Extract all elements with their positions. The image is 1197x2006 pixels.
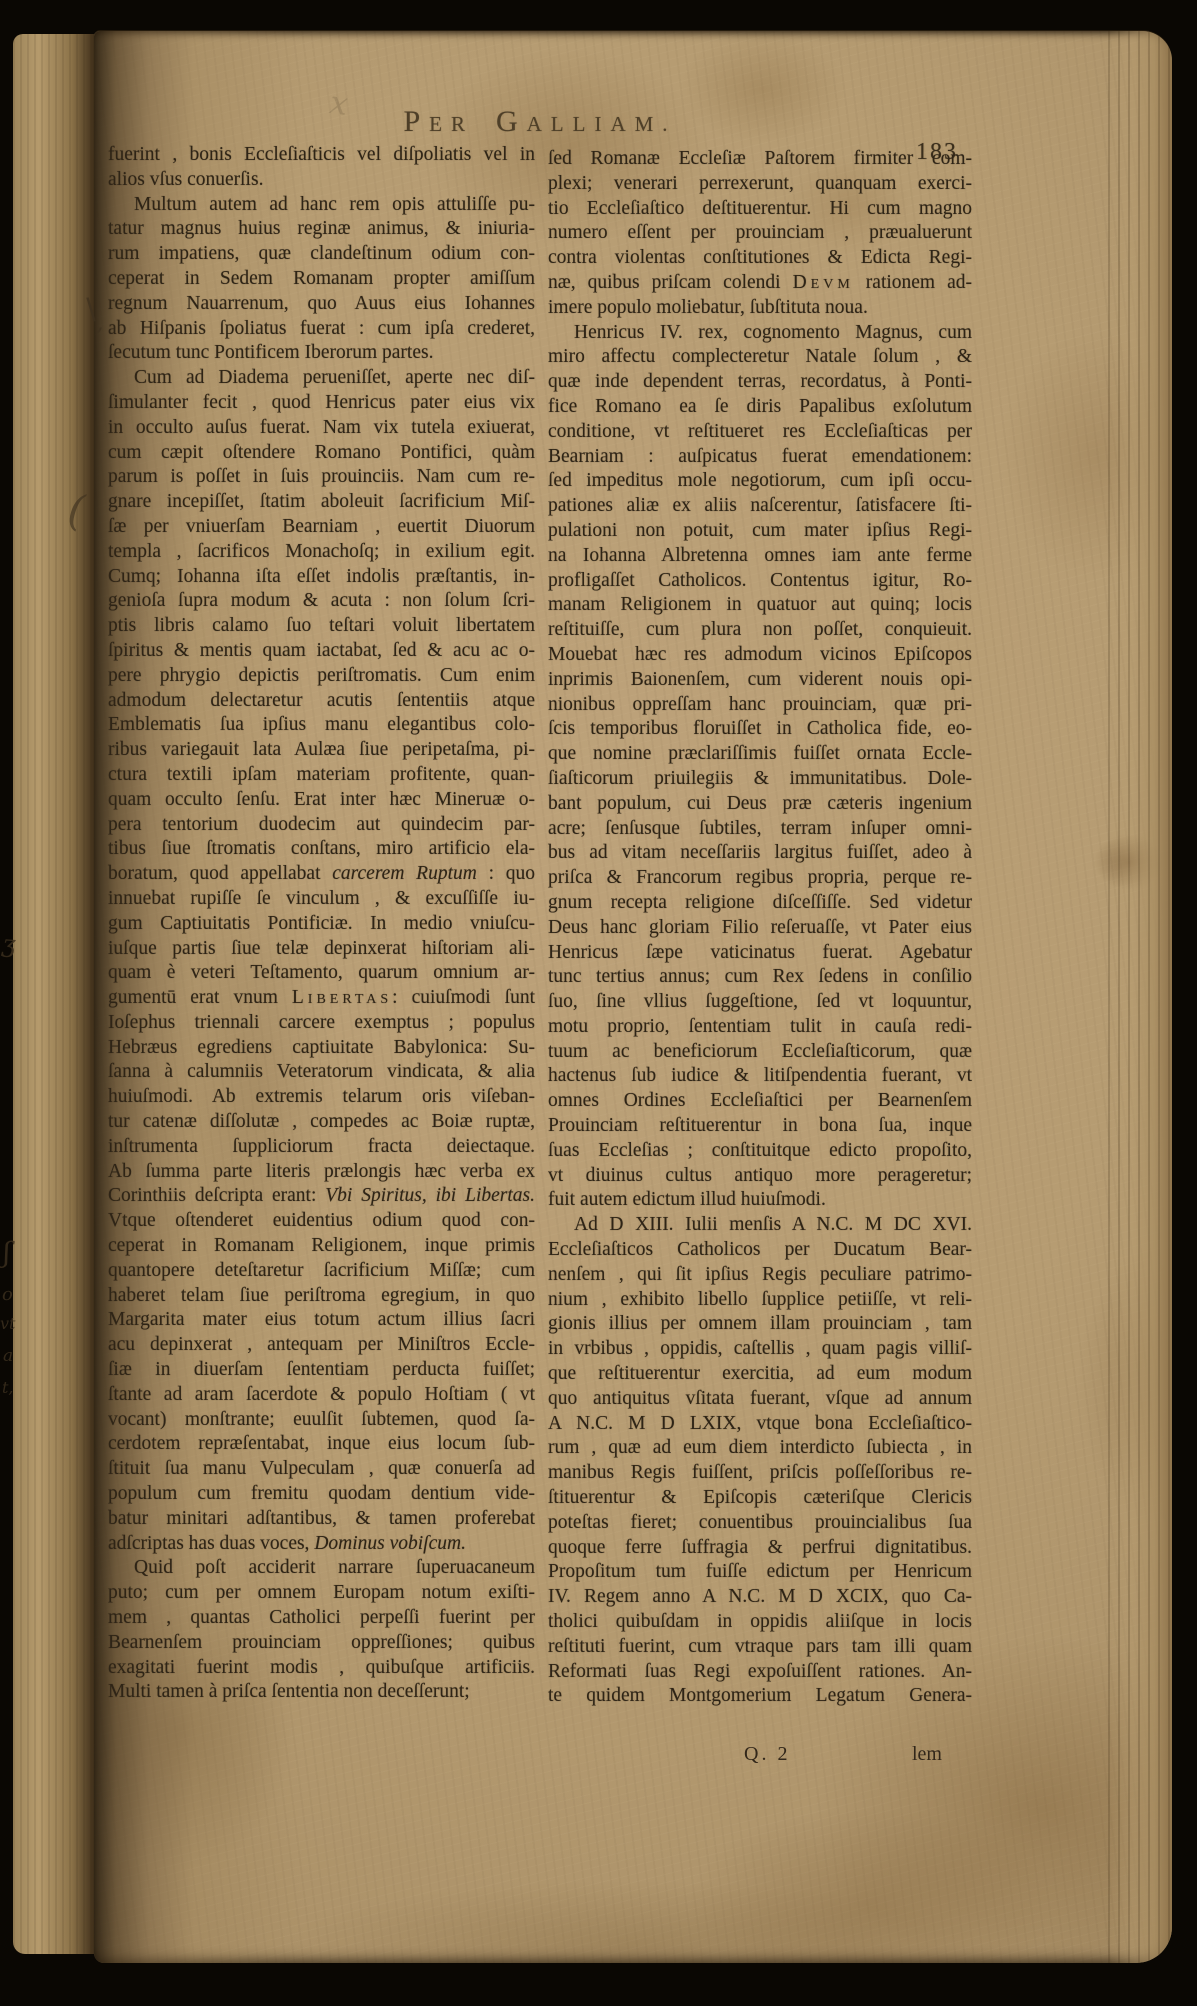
book-page: PERGALLIAM. 183 fuerint , bonis Eccleſia… bbox=[94, 30, 1172, 1963]
text-line: contra violentas conſtitutiones & Edicta… bbox=[548, 246, 972, 271]
signature-mark: Q. 2 bbox=[744, 1743, 790, 1766]
text-line: Propoſitum tum fuiſſe edictum per Henric… bbox=[548, 1560, 972, 1585]
text-line: pera tentorium duodecim aut quindecim pa… bbox=[108, 813, 535, 838]
text-line: plexi; venerari perrexerunt, quanquam ex… bbox=[548, 172, 972, 197]
text-line: tunc tertius annus; cum Rex ſedens in co… bbox=[548, 965, 972, 990]
handwritten-mark: o bbox=[2, 1284, 13, 1305]
text-line: fice Romano ea ſe diris Papalibus exſolu… bbox=[548, 395, 972, 420]
text-line: ſiæ in diuerſam ſententiam perducta fuiſ… bbox=[108, 1358, 535, 1383]
text-line: bus ad vitam neceſſariis largitus fuiſſe… bbox=[548, 841, 972, 866]
text-line: rum impatiens, quæ clandeſtinum odium co… bbox=[108, 242, 535, 267]
text-line: tur catenæ diſſolutæ , compedes ac Boiæ … bbox=[108, 1110, 535, 1135]
text-line: manam Religionem in quatuor aut quinq; l… bbox=[548, 593, 972, 618]
text-line: genioſa ſupra modum & acuta : non ſolum … bbox=[108, 589, 535, 614]
text-line: exagitati fuerint modis , quibuſque arti… bbox=[108, 1656, 535, 1681]
text-line: Cumq; Iohanna iſta eſſet indolis præſtan… bbox=[108, 565, 535, 590]
text-line: vt diuinus cultus antiquo more perageret… bbox=[548, 1164, 972, 1189]
text-column-right: ſed Romanæ Eccleſiæ Paſtorem firmiter co… bbox=[548, 147, 972, 1709]
text-line: ſed impeditus mole negotiorum, cum ipſi … bbox=[548, 469, 972, 494]
text-line: poteſtas fieret; conuentibus prouinciali… bbox=[548, 1511, 972, 1536]
text-line: numero eſſent per prouinciam , præualuer… bbox=[548, 221, 972, 246]
text-line: inprimis Baionenſem, cum viderent nouis … bbox=[548, 668, 972, 693]
text-line: boratum, quod appellabat carcerem Ruptum… bbox=[108, 862, 535, 887]
header-word2-initial: G bbox=[496, 105, 527, 138]
text-line: que reſtituerentur exercitia, ad eum mod… bbox=[548, 1362, 972, 1387]
text-column-left: fuerint , bonis Eccleſiaſticis vel diſpo… bbox=[108, 143, 535, 1705]
text-line: motu proprio, ſententiam tulit in cauſa … bbox=[548, 1015, 972, 1040]
text-line: ſecutum tunc Pontificem Iberorum partes. bbox=[108, 341, 535, 366]
text-line: vocant) monſtrante; euulſit ſubtemen, qu… bbox=[108, 1408, 535, 1433]
text-line: gum Captiuitatis Pontificiæ. In medio vn… bbox=[108, 912, 535, 937]
text-line: admodum delectaretur acutis ſententiis a… bbox=[108, 689, 535, 714]
signature-line: Q. 2 lem bbox=[548, 1743, 972, 1773]
text-line: Henricus IV. rex, cognomento Magnus, cum bbox=[548, 321, 972, 346]
text-line: acre; ſenſusque ſubtiles, terram inſuper… bbox=[548, 817, 972, 842]
handwritten-mark: t, bbox=[2, 1378, 14, 1397]
text-line: ſimulanter fecit , quod Henricus pater e… bbox=[108, 391, 535, 416]
text-line: Eccleſiaſticos Catholicos per Ducatum Be… bbox=[548, 1238, 972, 1263]
text-line: ribus variegauit lata Aulæa ſiue peripet… bbox=[108, 738, 535, 763]
text-line: Bearniam : auſpicatus fuerat emendatione… bbox=[548, 445, 972, 470]
text-line: pere phrygio depictis periſtromatis. Cum… bbox=[108, 664, 535, 689]
text-line: ſtante ad aram ſacerdote & populo Hoſtia… bbox=[108, 1383, 535, 1408]
text-line: in vrbibus , oppidis, caſtellis , quam p… bbox=[548, 1337, 972, 1362]
text-line: fuit autem edictum illud huiuſmodi. bbox=[548, 1188, 972, 1213]
catchword: lem bbox=[912, 1743, 942, 1766]
text-line: ceperat in Romanam Religionem, inque pri… bbox=[108, 1234, 535, 1259]
text-line: ceperat in Sedem Romanam propter amiſſum bbox=[108, 267, 535, 292]
text-line: ſtituit ſua manu Vulpeculam , quæ conuer… bbox=[108, 1457, 535, 1482]
text-line: pationes aliæ ex aliis naſcerentur, ſati… bbox=[548, 494, 972, 519]
text-line: tibus ſiue ſtromatis conſtans, miro arti… bbox=[108, 837, 535, 862]
text-line: Hebræus egrediens captiuitate Babylonica… bbox=[108, 1036, 535, 1061]
text-line: in occulto auſus fuerat. Nam vix tutela … bbox=[108, 416, 535, 441]
text-line: na Iohanna Albretenna omnes iam ante fer… bbox=[548, 544, 972, 569]
text-line: iuſque partis ſiue telæ depinxerat hiſto… bbox=[108, 937, 535, 962]
text-line: Multum autem ad hanc rem opis attuliſſe … bbox=[108, 193, 535, 218]
text-line: cum cæpit oſtendere Romano Pontifici, qu… bbox=[108, 441, 535, 466]
text-line: Mouebat hæc res admodum vicinos Epiſcopo… bbox=[548, 643, 972, 668]
text-line: bant populum, cui Deus præ cæteris ingen… bbox=[548, 792, 972, 817]
text-line: Bearnenſem prouinciam oppreſſiones; quib… bbox=[108, 1631, 535, 1656]
header-word1-initial: P bbox=[403, 105, 429, 138]
text-line: parum is poſſet in ſuis prouinciis. Nam … bbox=[108, 465, 535, 490]
previous-page-edge bbox=[13, 34, 98, 1954]
text-line: puto; cum per omnem Europam notum exiſti… bbox=[108, 1581, 535, 1606]
text-line: Ab ſumma parte literis prælongis hæc ver… bbox=[108, 1160, 535, 1185]
text-line: imere populo moliebatur, ſubſtituta noua… bbox=[548, 296, 972, 321]
text-line: tuum ac beneficiorum Eccleſiaſticorum, q… bbox=[548, 1040, 972, 1065]
text-line: profligaſſet Catholicos. Contentus igitu… bbox=[548, 569, 972, 594]
text-line: Multi tamen à priſca ſententia non deceſ… bbox=[108, 1680, 535, 1705]
text-line: quantopere deteſtaretur ſacrificium Miſſ… bbox=[108, 1259, 535, 1284]
text-line: reſtituti fuerint, cum vtraque pars tam … bbox=[548, 1635, 972, 1660]
text-line: rum , quæ ad eum diem interdicto ſubiect… bbox=[548, 1436, 972, 1461]
text-line: cerdotem repræſentabat, inque eius locum… bbox=[108, 1432, 535, 1457]
text-line: que nomine præclariſſimis fuiſſet ornata… bbox=[548, 742, 972, 767]
text-line: tholici quibuſdam in oppidis aliiſque in… bbox=[548, 1610, 972, 1635]
text-line: ſuas Eccleſias ; conſtituitque edicto pr… bbox=[548, 1139, 972, 1164]
text-line: quam occulto ſenſu. Erat inter hæc Miner… bbox=[108, 788, 535, 813]
text-line: ſiaſticorum priuilegiis & immunitatibus.… bbox=[548, 767, 972, 792]
text-line: IV. Regem anno A N.C. M D XCIX, quo Ca- bbox=[548, 1585, 972, 1610]
text-line: adſcriptas has duas voces, Dominus vobiſ… bbox=[108, 1532, 535, 1557]
text-line: te quidem Montgomerium Legatum Genera- bbox=[548, 1684, 972, 1709]
text-line: Emblematis ſua ipſius manu elegantibus c… bbox=[108, 713, 535, 738]
text-line: tatur magnus huius reginæ animus, & iniu… bbox=[108, 217, 535, 242]
text-line: quo antiquitus vſitata fuerant, vſque ad… bbox=[548, 1387, 972, 1412]
header-word1-rest: ER bbox=[429, 112, 474, 136]
text-line: gumentū erat vnum Libertas: cuiuſmodi ſu… bbox=[108, 986, 535, 1011]
text-line: Vtque oſtenderet euidentius odium quod c… bbox=[108, 1209, 535, 1234]
text-line: ſtituerentur & Epiſcopis cæteriſque Cler… bbox=[548, 1486, 972, 1511]
text-line: nium , exhibito libello ſupplice petiiſſ… bbox=[548, 1288, 972, 1313]
text-line: ſcis temporibus floruiſſet in Catholica … bbox=[548, 717, 972, 742]
text-line: tio Eccleſiaſtico deſtituerentur. Hi cum… bbox=[548, 197, 972, 222]
text-line: Ioſephus triennali carcere exemptus ; po… bbox=[108, 1011, 535, 1036]
text-line: alios vſus conuerſis. bbox=[108, 168, 535, 193]
text-line: acu depinxerat , antequam per Miniſtros … bbox=[108, 1333, 535, 1358]
text-line: gnum recepta religione diſceſſiſſe. Sed … bbox=[548, 891, 972, 916]
text-line: batur minitari adſtantibus, & tamen prof… bbox=[108, 1507, 535, 1532]
text-line: reſtituiſſe, cum plura non poſſet, conqu… bbox=[548, 618, 972, 643]
text-line: pulationi non potuit, cum mater ipſius R… bbox=[548, 519, 972, 544]
text-line: ſæ per vniuerſam Bearniam , euertit Diuo… bbox=[108, 515, 535, 540]
text-line: Cum ad Diadema perueniſſet, aperte nec d… bbox=[108, 366, 535, 391]
text-line: Deus hanc gloriam Filio reſeruaſſe, vt P… bbox=[548, 916, 972, 941]
book-scan: PERGALLIAM. 183 fuerint , bonis Eccleſia… bbox=[0, 0, 1197, 2006]
text-line: ab Hiſpanis ſpoliatus fuerat : cum ipſa … bbox=[108, 317, 535, 342]
text-line: ſuo, ſine vllius ſuggeſtione, ſed vt loq… bbox=[548, 990, 972, 1015]
running-header: PERGALLIAM. bbox=[94, 105, 986, 139]
text-line: conditione, vt reſtitueret res Eccleſiaſ… bbox=[548, 420, 972, 445]
text-line: ſanna à calumniis Veteratorum vindicata,… bbox=[108, 1060, 535, 1085]
text-line: nionibus oppreſſam hanc prouinciam, quæ … bbox=[548, 693, 972, 718]
text-line: regnum Nauarrenum, quo Auus eius Iohanne… bbox=[108, 292, 535, 317]
text-line: Quid poſt acciderit narrare ſuperuacaneu… bbox=[108, 1556, 535, 1581]
text-line: Henricus ſæpe vaticinatus fuerat. Agebat… bbox=[548, 941, 972, 966]
text-line: templa , ſacrificos Monachoſq; in exiliu… bbox=[108, 540, 535, 565]
fore-edge bbox=[1108, 31, 1172, 1963]
text-line: gnare incepiſſet, ſtatim aboleuit ſacrif… bbox=[108, 490, 535, 515]
text-line: Prouinciam reſtituerentur in bona ſua, i… bbox=[548, 1114, 972, 1139]
text-line: Ad D XIII. Iulii menſis A N.C. M DC XVI. bbox=[548, 1213, 972, 1238]
text-line: quam è veteri Teſtamento, quarum omnium … bbox=[108, 961, 535, 986]
text-line: populum cum fremitu quodam dentium vide- bbox=[108, 1482, 535, 1507]
text-line: ctura textili ipſam materiam profitente,… bbox=[108, 763, 535, 788]
text-line: priſca & Francorum regibus propria, perq… bbox=[548, 866, 972, 891]
text-line: miro affectu complecteretur Natale ſolum… bbox=[548, 345, 972, 370]
text-line: ptis libris calamo ſuo teſtari voluit li… bbox=[108, 614, 535, 639]
text-line: manibus Regis fuiſſent, priſcis poſſeſſo… bbox=[548, 1461, 972, 1486]
handwritten-mark: a bbox=[3, 1346, 13, 1366]
text-line: gionis illius per omnem illam prouinciam… bbox=[548, 1312, 972, 1337]
text-line: fuerint , bonis Eccleſiaſticis vel diſpo… bbox=[108, 143, 535, 168]
text-line: Corinthiis deſcripta erant: Vbi Spiritus… bbox=[108, 1184, 535, 1209]
text-line: næ, quibus priſcam colendi Devm rationem… bbox=[548, 271, 972, 296]
header-word2-rest: ALLIAM. bbox=[527, 112, 677, 136]
text-line: nenſem , qui ſit ipſius Regis peculiare … bbox=[548, 1263, 972, 1288]
text-line: quæ inde dependent terras, recordatus, à… bbox=[548, 370, 972, 395]
text-line: innuebat rupiſſe ſe vinculum , & excuſſi… bbox=[108, 887, 535, 912]
handwritten-mark: ʃ bbox=[3, 1236, 11, 1269]
text-line: quoque ferre ſuffragia & perfrui dignita… bbox=[548, 1536, 972, 1561]
text-line: ſpiritus & mentis quam iactabat, ſed & a… bbox=[108, 639, 535, 664]
text-line: huiuſmodi. Ab extremis telarum oris viſe… bbox=[108, 1085, 535, 1110]
text-line: hactenus ſub iudice & litiſpendentia fue… bbox=[548, 1064, 972, 1089]
text-line: mem , quantas Catholici perpeſſi fuerint… bbox=[108, 1606, 535, 1631]
text-line: inſtrumenta ſuppliciorum fracta deiectaq… bbox=[108, 1135, 535, 1160]
text-line: A N.C. M D LXIX, vtque bona Eccleſiaſtic… bbox=[548, 1412, 972, 1437]
text-line: Margarita mater eius totum actum illius … bbox=[108, 1308, 535, 1333]
text-line: omnes Ordines Eccleſiaſtici per Bearnenſ… bbox=[548, 1089, 972, 1114]
text-line: ſed Romanæ Eccleſiæ Paſtorem firmiter co… bbox=[548, 147, 972, 172]
text-line: haberet telam ſiue periſtroma egregium, … bbox=[108, 1284, 535, 1309]
text-line: Reformati ſuas Regi expoſuiſſent ratione… bbox=[548, 1660, 972, 1685]
